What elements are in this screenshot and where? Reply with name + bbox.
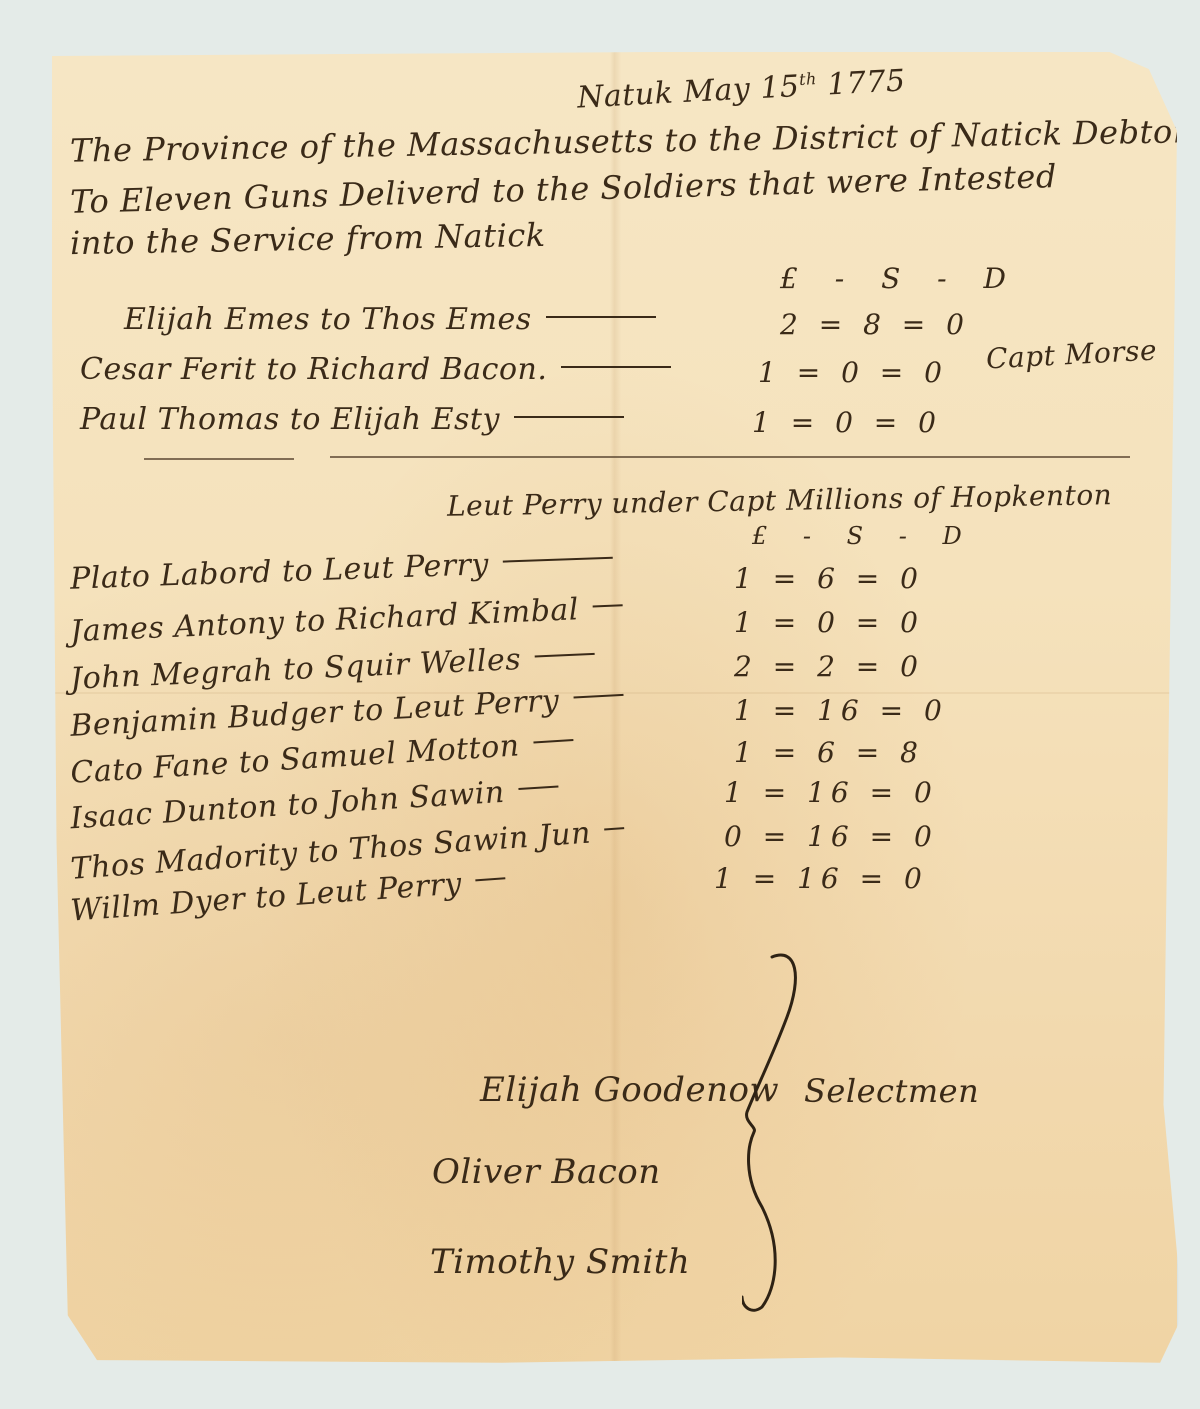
leader-dash <box>561 366 671 368</box>
entry-row: Paul Thomas to Elijah Esty <box>80 402 638 437</box>
leader-dash <box>533 739 573 743</box>
entry-amount: 2 = 8 = 0 <box>780 308 970 341</box>
leader-dash <box>535 653 595 658</box>
separator-rule <box>330 456 1130 458</box>
entry-text: Paul Thomas to Elijah Esty <box>80 402 500 437</box>
date-month: May <box>682 72 751 110</box>
heading-line-3: into the Service from Natick <box>70 216 546 262</box>
leader-dash <box>475 877 505 881</box>
leader-dash <box>573 694 623 699</box>
leader-dash <box>518 786 558 790</box>
currency-header-1: £ - S - D <box>780 262 1020 295</box>
entry-text: Cesar Ferit to Richard Bacon. <box>80 352 547 387</box>
date-place: Natuk <box>576 76 674 116</box>
entry-amount: 1 = 16 = 0 <box>724 776 938 809</box>
leader-dash <box>605 827 625 830</box>
date-day: 15 <box>759 69 800 106</box>
leader-dash <box>514 416 624 418</box>
leader-dash <box>593 604 623 607</box>
entry-amount: 1 = 0 = 0 <box>752 406 942 439</box>
entry-amount: 2 = 2 = 0 <box>734 650 924 683</box>
entry-text: Elijah Emes to Thos Emes <box>124 302 532 337</box>
date-year: 1775 <box>826 63 906 102</box>
manuscript-page: Natuk May 15th 1775 The Province of the … <box>52 52 1177 1368</box>
entry-text: Plato Labord to Leut Perry <box>70 547 490 597</box>
entry-amount: 1 = 0 = 0 <box>734 606 924 639</box>
selectmen-label: Selectmen <box>804 1072 979 1110</box>
entry-text: James Antony to Richard Kimbal <box>70 592 580 649</box>
entry-amount: 1 = 16 = 0 <box>734 694 948 727</box>
signature-2: Oliver Bacon <box>432 1152 661 1192</box>
leader-dash <box>546 316 656 318</box>
currency-header-2: £ - S - D <box>752 522 976 550</box>
signature-1: Elijah Goodenow <box>480 1070 779 1110</box>
entry-row: Cesar Ferit to Richard Bacon. <box>80 352 685 387</box>
captain-annotation: Capt Morse <box>985 334 1158 376</box>
leader-dash <box>503 557 613 563</box>
entry-row: Plato Labord to Leut Perry <box>70 542 628 596</box>
section-2-title: Leut Perry under Capt Millions of Hopken… <box>447 478 1113 523</box>
entry-amount: 1 = 6 = 8 <box>734 736 924 769</box>
separator-rule <box>144 458 294 460</box>
entry-amount: 1 = 16 = 0 <box>714 862 928 895</box>
date-day-suffix: th <box>799 69 818 89</box>
signature-3: Timothy Smith <box>430 1242 690 1282</box>
date-line: Natuk May 15th 1775 <box>576 63 906 115</box>
entry-row: Elijah Emes to Thos Emes <box>124 302 670 337</box>
entry-amount: 0 = 16 = 0 <box>724 820 938 853</box>
brace-icon <box>742 947 802 1317</box>
entry-amount: 1 = 6 = 0 <box>734 562 924 595</box>
entry-amount: 1 = 0 = 0 <box>758 356 948 389</box>
